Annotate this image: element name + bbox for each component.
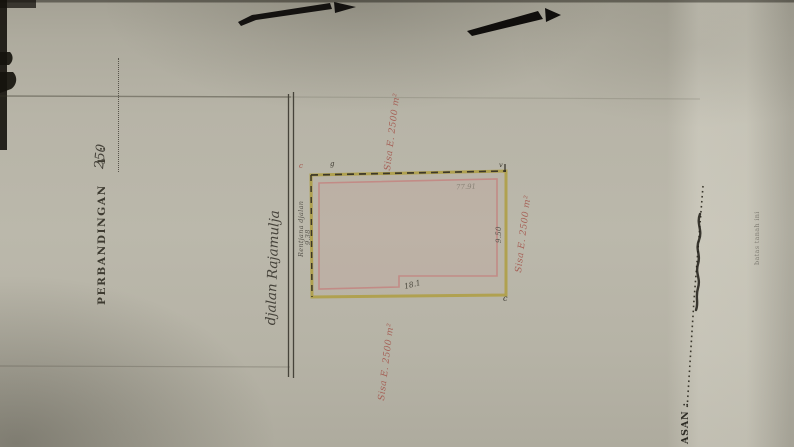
fold-crease	[291, 97, 700, 99]
edge-cutoff-print	[0, 52, 13, 65]
corner-mark-top-left: g	[330, 160, 334, 168]
form-dotted-line	[687, 186, 703, 410]
road-lines	[289, 92, 294, 378]
plot-plan-drawing	[0, 0, 794, 447]
corner-mark-top-left-outer: c	[299, 162, 303, 170]
edge-cutoff-print	[0, 72, 16, 93]
north-arrow-icon	[238, 2, 356, 26]
corner-mark-bottom-right: c	[503, 294, 507, 303]
corner-mark-top-right: v	[499, 161, 503, 169]
fold-crease	[0, 366, 290, 367]
dimension-left: 9.38	[304, 229, 312, 245]
boundary-note: batas tanah ini	[753, 211, 761, 265]
fold-crease	[0, 96, 291, 97]
parcel-inner-outline	[319, 179, 497, 289]
form-field-label: ASAN :	[680, 402, 691, 444]
dimension-right: 9.50	[495, 226, 503, 243]
scan-corner-dark	[0, 0, 36, 8]
north-arrow-icon	[467, 8, 561, 36]
scale-label: PERBANDINGAN	[96, 184, 108, 305]
scanned-survey-sheet: PERBANDINGAN 1 : 250 djalan Rajamulja Re…	[0, 0, 794, 447]
dimension-top: 77.91	[456, 182, 476, 191]
dotted-leader	[118, 58, 119, 172]
scan-edge-top	[0, 0, 794, 3]
scale-value: 250	[92, 143, 110, 169]
